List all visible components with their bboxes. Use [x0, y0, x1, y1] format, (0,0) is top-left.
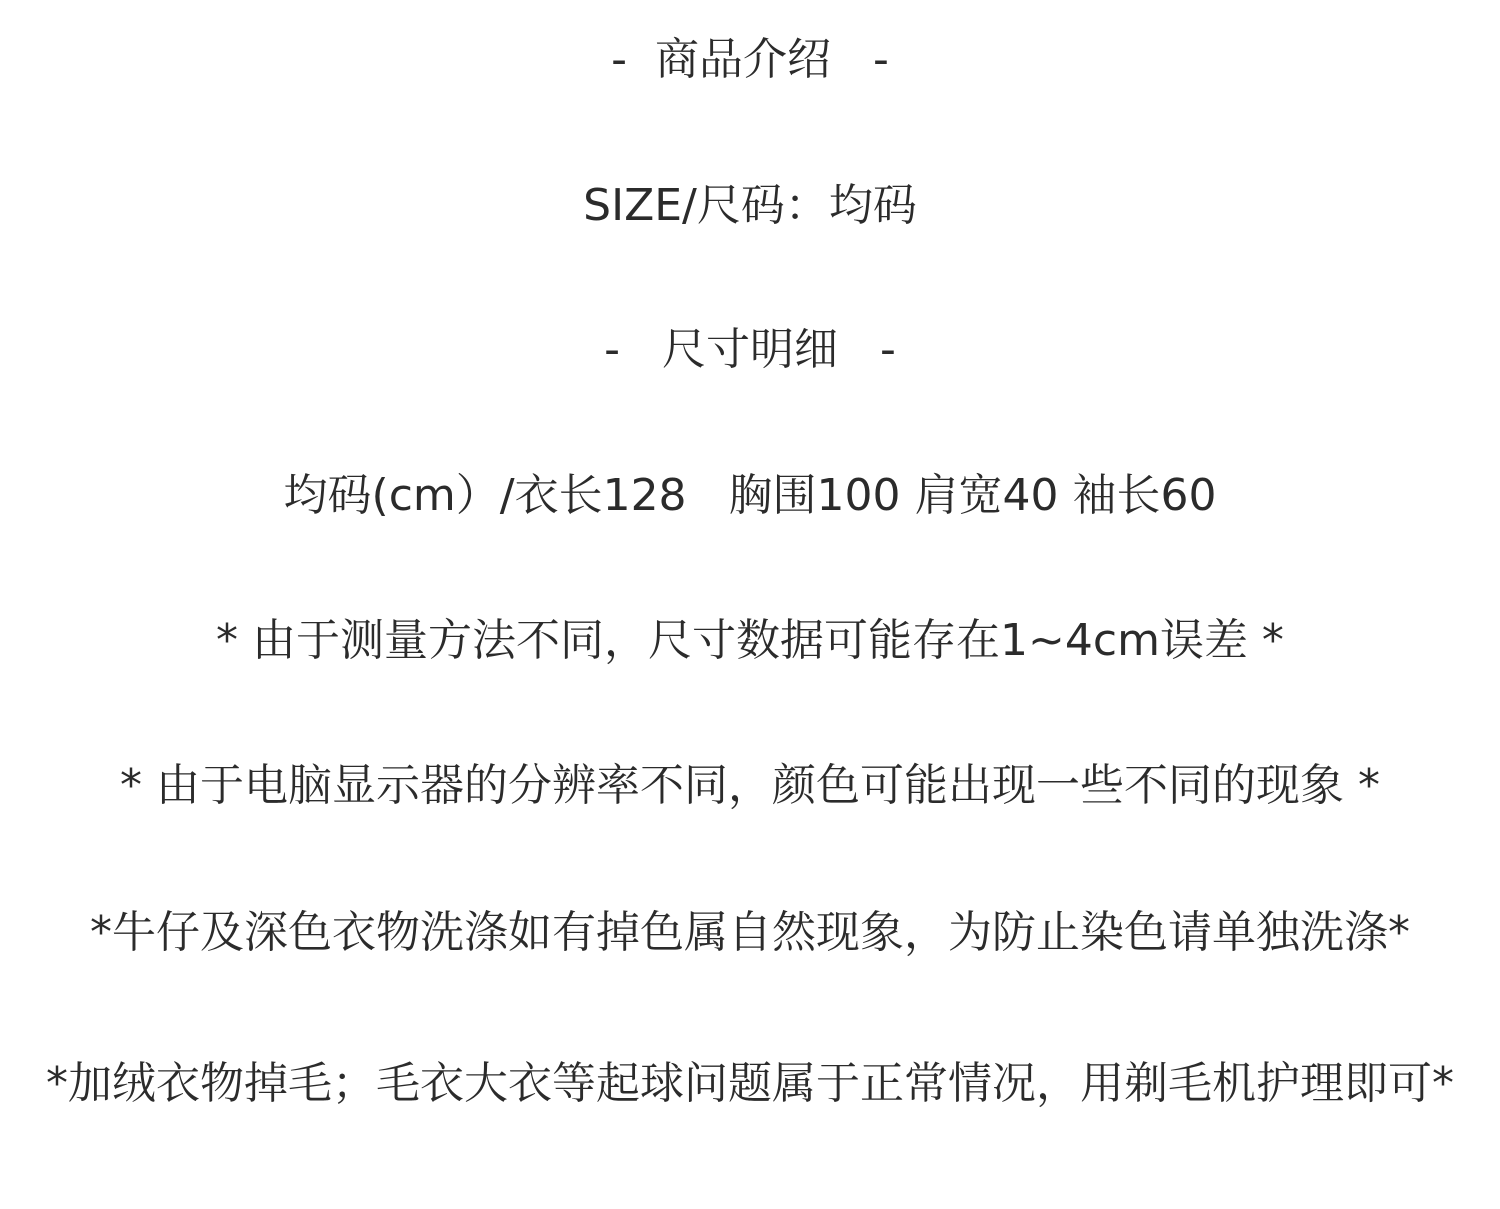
- note-measurement-error: * 由于测量方法不同，尺寸数据可能存在1~4cm误差 *: [0, 613, 1500, 669]
- note-washing: *牛仔及深色衣物洗涤如有掉色属自然现象，为防止染色请单独洗涤*: [0, 905, 1500, 961]
- section-title-product-intro: - 商品介绍 -: [0, 32, 1500, 88]
- section-title-size-details: - 尺寸明细 -: [0, 322, 1500, 378]
- measurements-line: 均码(cm）/衣长128 胸围100 肩宽40 袖长60: [0, 468, 1500, 524]
- size-line: SIZE/尺码：均码: [0, 178, 1500, 234]
- note-display-color: * 由于电脑显示器的分辨率不同，颜色可能出现一些不同的现象 *: [0, 758, 1500, 814]
- note-pilling: *加绒衣物掉毛；毛衣大衣等起球问题属于正常情况，用剃毛机护理即可*: [0, 1049, 1500, 1119]
